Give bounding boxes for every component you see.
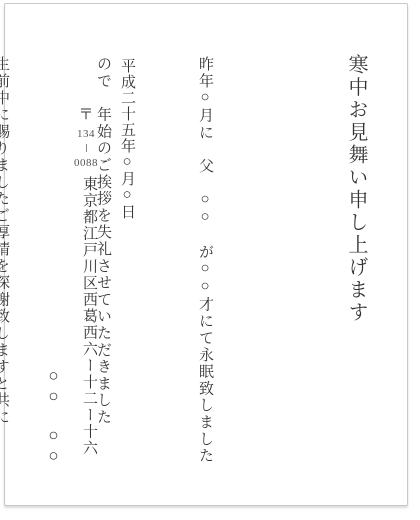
postal-mark-icon: 〒 [70,107,102,123]
date-line: 平成二十五年○月○日 [117,58,137,278]
body-line-1: 昨年○月に 父 ○○ が○○才にて永眠致しました [188,56,222,481]
postcard: 寒中お見舞い申し上げます 昨年○月に 父 ○○ が○○才にて永眠致しました ので… [4,3,408,506]
postal-code-part2: 0088 [70,158,102,169]
postal-code-separator [86,144,87,152]
postal-code-part1: 134 [70,129,102,140]
postal-code-block: 〒 134 0088 [70,107,102,169]
sender-address: 東京都江戸川区西葛西六ー十二ー十六 [79,176,99,486]
postcard-title: 寒中お見舞い申し上げます [343,54,369,354]
sender-name: ○○ ○○ [42,366,64,496]
body-line-3: 生前中に賜りましたご厚情を深謝致しますと共に [0,56,18,481]
postcard-preview-stage: 寒中お見舞い申し上げます 昨年○月に 父 ○○ が○○才にて永眠致しました ので… [0,0,420,520]
